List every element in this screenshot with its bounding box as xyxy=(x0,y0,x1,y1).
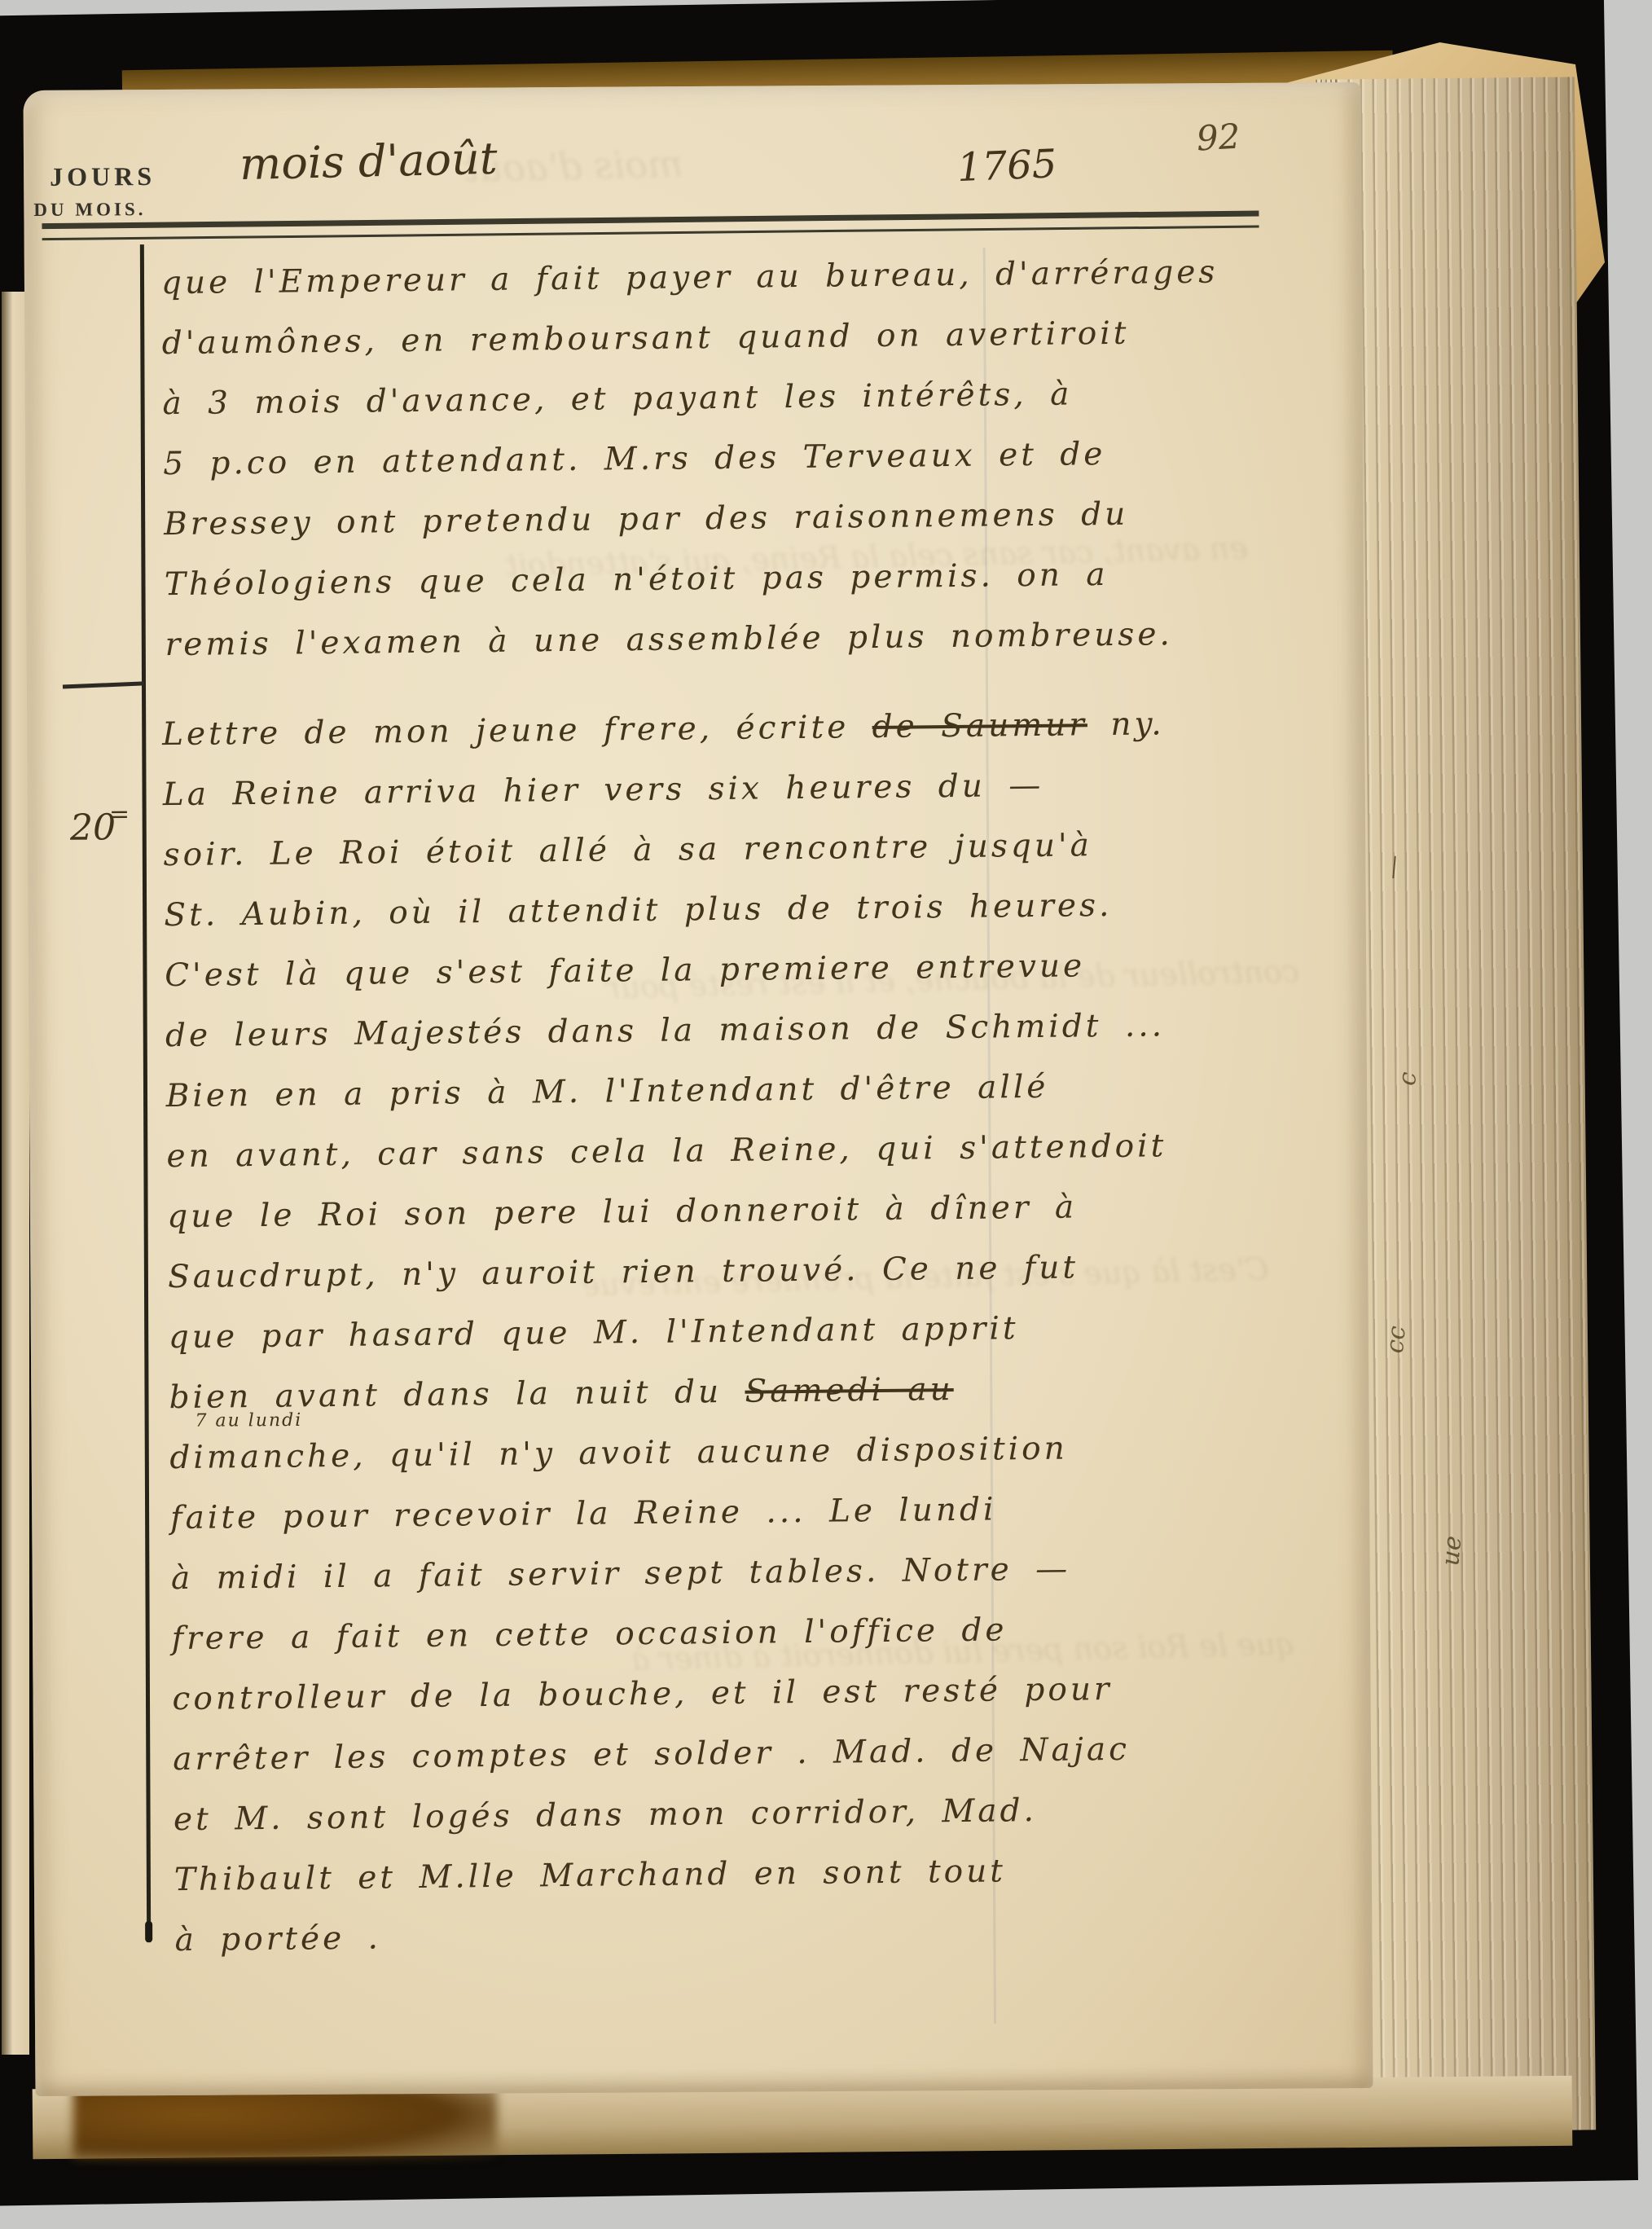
interline-note: 7 au lundi xyxy=(195,1410,302,1431)
page-number: 92 xyxy=(1195,117,1241,159)
book-page: mois d'août en avant, car sans cela la R… xyxy=(23,82,1373,2096)
journal-entry-20: Lettre de mon jeune frere, écrite de Sau… xyxy=(162,692,1355,1971)
header-double-rule xyxy=(42,211,1259,241)
manuscript-line: remis l'examen à une assemblée plus nomb… xyxy=(165,603,1345,675)
manuscript-line: à portée . xyxy=(174,1898,1355,1971)
page-edge-ink-mark: c xyxy=(1393,1071,1422,1087)
line-text: bien avant dans la nuit du xyxy=(169,1374,745,1416)
line-text: ny. xyxy=(1087,706,1165,743)
stain xyxy=(73,2086,497,2159)
year: 1765 xyxy=(956,141,1057,191)
struck-text: Samedi au xyxy=(745,1371,954,1410)
margin-rule xyxy=(140,244,151,1942)
manuscript-line: que l'Empereur a fait payer au bureau, d… xyxy=(161,241,1342,314)
page-edge-ink-mark: cc xyxy=(1381,1325,1412,1355)
scanned-manuscript-photo: — c cc ue mois d'août en avant, car sans… xyxy=(0,0,1652,2229)
paragraph-continuation: que l'Empereur a fait payer au bureau, d… xyxy=(161,241,1345,675)
margin-mark: = xyxy=(109,800,130,829)
page-edge-ink-mark: ue xyxy=(1436,1534,1467,1567)
month-title: mois d'août xyxy=(239,133,498,190)
struck-text: de Saumur xyxy=(872,706,1087,745)
facing-page-edge xyxy=(2,292,29,2055)
page-edge-ink-mark: — xyxy=(1377,854,1408,881)
entry-separator-dash xyxy=(63,681,144,688)
line-text: Lettre de mon jeune frere, écrite xyxy=(162,709,872,753)
printed-header-du-mois: DU MOIS. xyxy=(33,199,146,221)
printed-header-jours: JOURS xyxy=(50,161,156,192)
